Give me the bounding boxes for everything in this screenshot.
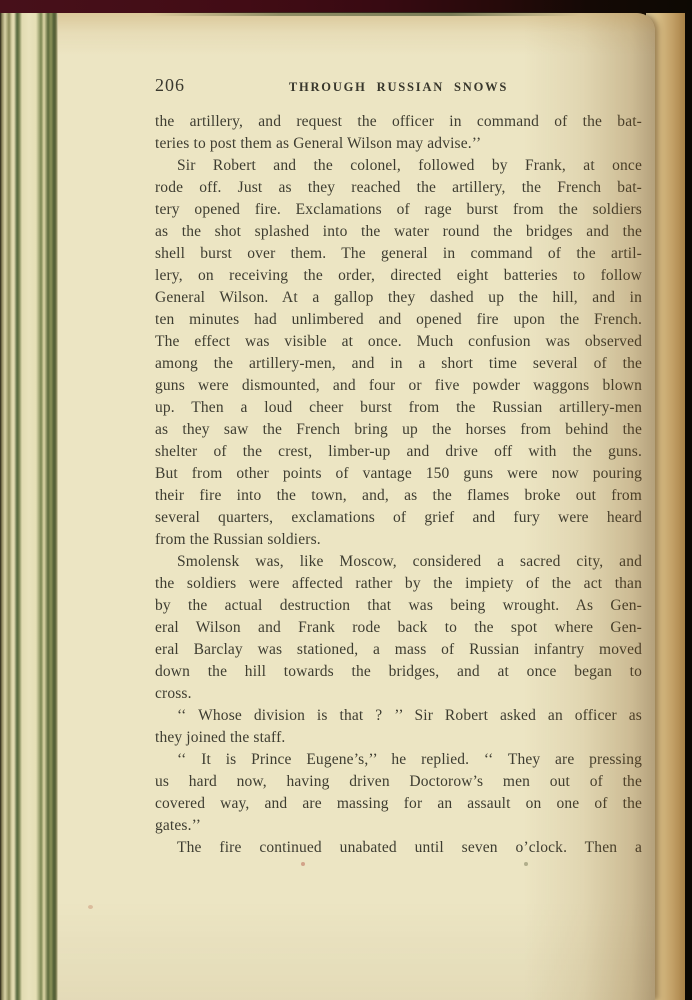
text-line: as the shot splashed into the water roun… xyxy=(155,221,642,243)
book-page: 206 THROUGH RUSSIAN SNOWS the artillery,… xyxy=(58,13,655,1000)
text-line: The effect was visible at once. Much con… xyxy=(155,331,642,353)
text-line: they joined the staff. xyxy=(155,727,642,749)
text-line: General Wilson. At a gallop they dashed … xyxy=(155,287,642,309)
text-line: shelter of the crest, limber-up and driv… xyxy=(155,441,642,463)
text-line: ‘‘ Whose division is that ? ’’ Sir Rober… xyxy=(155,705,642,727)
text-line: gates.’’ xyxy=(155,815,642,837)
page-top-edge-smudge xyxy=(150,12,580,16)
page-number: 206 xyxy=(155,75,185,96)
text-line: The fire continued unabated until seven … xyxy=(155,837,642,859)
text-line: teries to post them as General Wilson ma… xyxy=(155,133,642,155)
text-line: up. Then a loud cheer burst from the Rus… xyxy=(155,397,642,419)
text-line: guns were dismounted, and four or five p… xyxy=(155,375,642,397)
text-line: Smolensk was, like Moscow, considered a … xyxy=(155,551,642,573)
text-line: as they saw the French bring up the hors… xyxy=(155,419,642,441)
text-line: their fire into the town, and, as the fl… xyxy=(155,485,642,507)
page-stack-edges xyxy=(0,10,58,1000)
paper-speck xyxy=(448,343,451,346)
text-line: the artillery, and request the officer i… xyxy=(155,111,642,133)
text-line: cross. xyxy=(155,683,642,705)
text-line: by the actual destruction that was being… xyxy=(155,595,642,617)
running-title: THROUGH RUSSIAN SNOWS xyxy=(155,77,642,95)
text-line: ‘‘ It is Prince Eugene’s,’’ he replied. … xyxy=(155,749,642,771)
text-line: the soldiers were affected rather by the… xyxy=(155,573,642,595)
text-line: us hard now, having driven Doctorow’s me… xyxy=(155,771,642,793)
text-line: from the Russian soldiers. xyxy=(155,529,642,551)
book-page-photo: 206 THROUGH RUSSIAN SNOWS the artillery,… xyxy=(0,0,692,1000)
text-line: covered way, and are massing for an assa… xyxy=(155,793,642,815)
text-line: rode off. Just as they reached the artil… xyxy=(155,177,642,199)
text-line: Sir Robert and the colonel, followed by … xyxy=(155,155,642,177)
paper-speck xyxy=(88,905,93,909)
text-line: shell burst over them. The general in co… xyxy=(155,243,642,265)
text-line: several quarters, exclamations of grief … xyxy=(155,507,642,529)
text-line: ten minutes had unlimbered and opened fi… xyxy=(155,309,642,331)
text-line: among the artillery-men, and in a short … xyxy=(155,353,642,375)
text-line: eral Wilson and Frank rode back to the s… xyxy=(155,617,642,639)
book-cover-right-edge xyxy=(685,0,692,1000)
page-header: 206 THROUGH RUSSIAN SNOWS xyxy=(155,77,642,99)
text-line: eral Barclay was stationed, a mass of Ru… xyxy=(155,639,642,661)
paper-speck xyxy=(524,862,528,866)
page-body-text: the artillery, and request the officer i… xyxy=(155,111,642,859)
text-line: But from other points of vantage 150 gun… xyxy=(155,463,642,485)
text-line: lery, on receiving the order, directed e… xyxy=(155,265,642,287)
text-line: tery opened fire. Exclamations of rage b… xyxy=(155,199,642,221)
paper-speck xyxy=(301,862,305,866)
text-line: down the hill towards the bridges, and a… xyxy=(155,661,642,683)
